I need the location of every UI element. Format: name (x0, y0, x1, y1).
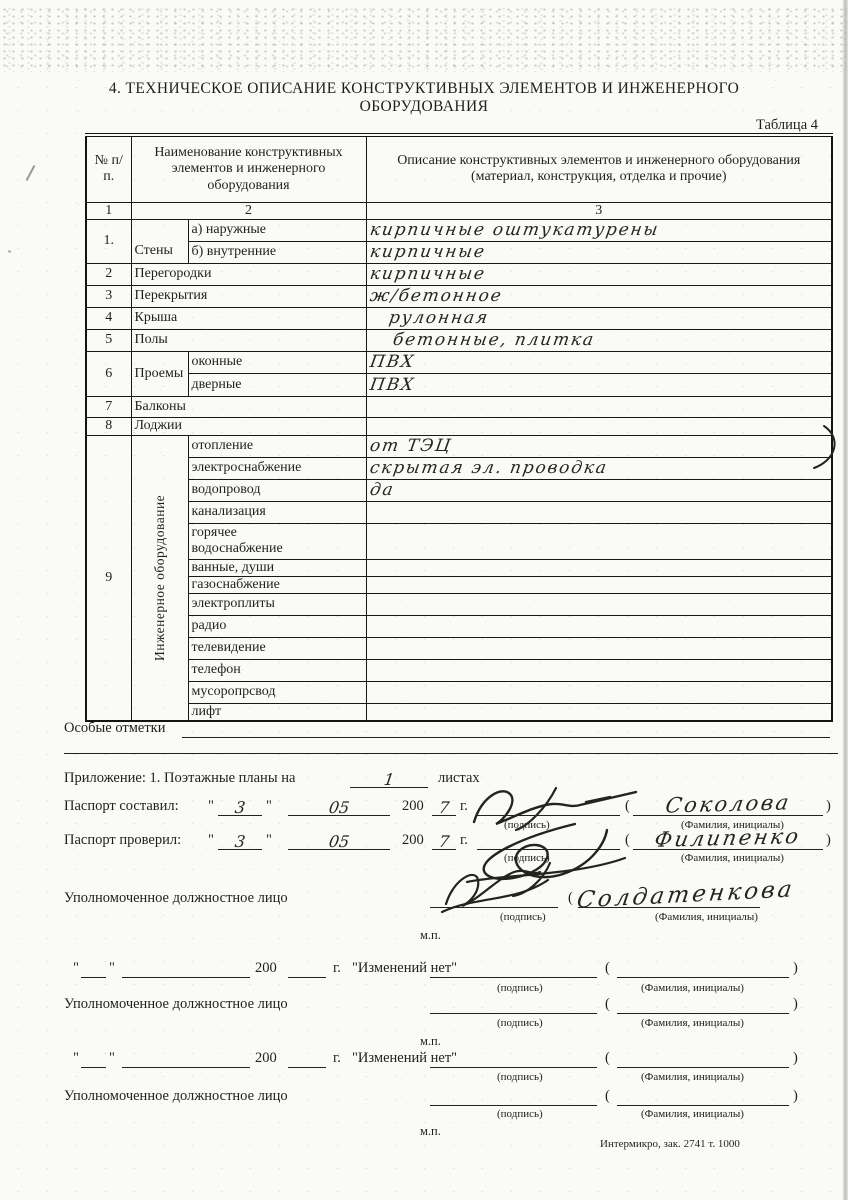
appendix-row: Приложение: 1. Поэтажные планы на 1 лист… (0, 770, 848, 790)
row7-num: 7 (86, 396, 131, 417)
title-line2: ОБОРУДОВАНИЯ (360, 98, 489, 115)
construction-elements-table: № п/п. Наименование конструктивных элеме… (85, 133, 833, 722)
checked-name-handwriting: Филипенко (653, 824, 803, 852)
quote-close-1: " (266, 798, 272, 815)
row6-label: Проемы (131, 351, 188, 396)
row7-label: Балконы (131, 396, 366, 417)
special-marks-blank (182, 720, 830, 738)
official-captions-1: (подпись) (Фамилия, инициалы) (0, 911, 848, 925)
appendix-sheets-handwriting: 1 (383, 770, 396, 789)
compiled-year-g: г. (460, 798, 468, 815)
row3-value: ж/бетонное (366, 285, 832, 307)
colnum-2: 2 (131, 202, 366, 219)
row6b-value: ПВХ (366, 373, 832, 396)
row9-item-hotwater-value (366, 523, 832, 559)
pen-mark-right-edge (812, 424, 846, 470)
row1b-handwriting: кирпичные (368, 242, 487, 262)
row3-handwriting: ж/бетонное (368, 286, 504, 306)
row9-item-lift-label: лифт (188, 703, 366, 721)
paren-close-1: ) (826, 798, 831, 815)
passport-compiled-row: Паспорт составил: " 3 " 05 200 7 г. ( Со… (0, 798, 848, 818)
table-caption: Таблица 4 (756, 117, 818, 134)
nc2-year-blank (288, 1050, 326, 1068)
official-label-1: Уполномоченное должностное лицо (64, 890, 288, 907)
nc2-year-g: г. (333, 1050, 341, 1067)
official-name-blank-2 (617, 996, 789, 1014)
row9-electricity-handwriting: скрытая эл. проводка (368, 458, 609, 478)
checked-year-handwriting: 7 (438, 832, 451, 851)
nc2-quote-close: " (109, 1050, 115, 1067)
nc1-quote-open: " (73, 960, 79, 977)
row8-value (366, 417, 832, 435)
row9-item-gas-value (366, 576, 832, 593)
row1-label: Стены (131, 219, 188, 263)
row1a-handwriting: кирпичные оштукатурены (368, 220, 660, 240)
row5-value: бетонные, плитка (366, 329, 832, 351)
row9-item-phone-value (366, 659, 832, 681)
row9-item-gas-label: газоснабжение (188, 576, 366, 593)
row4-handwriting: рулонная (387, 308, 490, 328)
row2-num: 2 (86, 263, 131, 285)
row4-num: 4 (86, 307, 131, 329)
special-marks-row: Особые отметки (0, 720, 848, 740)
appendix-sheets-blank: 1 (350, 770, 428, 788)
official-name-blank-3 (617, 1088, 789, 1106)
official-name-caption-2: (Фамилия, инициалы) (641, 1017, 744, 1029)
row1b-label: б) внутренние (188, 241, 366, 263)
official-captions-2: (подпись) (Фамилия, инициалы) (0, 1017, 848, 1031)
row8-label: Лоджии (131, 417, 366, 435)
row2-handwriting: кирпичные (368, 264, 487, 284)
row6-num: 6 (86, 351, 131, 396)
row4-value: рулонная (366, 307, 832, 329)
row1b-value: кирпичные (366, 241, 832, 263)
row9-item-lift-value (366, 703, 832, 721)
signature-official (436, 862, 571, 917)
checked-month-handwriting: 05 (327, 832, 350, 851)
row9-item-radio-value (366, 615, 832, 637)
official-name-caption-1: (Фамилия, инициалы) (655, 911, 758, 923)
row9-item-hotwater-label: горячее водоснабжение (188, 523, 366, 559)
nc1-name-blank (617, 960, 789, 978)
official-row-2: Уполномоченное должностное лицо ( ) (0, 996, 848, 1016)
colnum-3: 3 (366, 202, 832, 219)
row9-item-tv-label: телевидение (188, 637, 366, 659)
checked-year-prefix: 200 (402, 832, 424, 849)
quote-open-2: " (208, 832, 214, 849)
row6b-label: дверные (188, 373, 366, 396)
nc2-paren-open: ( (605, 1050, 610, 1067)
no-changes-row-2: " " 200 г. "Изменений нет" ( ) (0, 1050, 848, 1070)
no-changes-row-1: " " 200 г. "Изменений нет" ( ) (0, 960, 848, 980)
row1a-label: а) наружные (188, 219, 366, 241)
row9-item-heating-label: отопление (188, 435, 366, 457)
row9-item-radio-label: радио (188, 615, 366, 637)
nc1-year-blank (288, 960, 326, 978)
title-line1: 4. ТЕХНИЧЕСКОЕ ОПИСАНИЕ КОНСТРУКТИВНЫХ Э… (109, 80, 739, 97)
official-signature-blank-2 (430, 996, 597, 1014)
nc1-name-caption: (Фамилия, инициалы) (641, 982, 744, 994)
row2-value: кирпичные (366, 263, 832, 285)
official-sig-caption-3: (подпись) (497, 1108, 543, 1120)
compiled-day-handwriting: 3 (234, 798, 247, 817)
compiled-month-blank: 05 (288, 798, 390, 816)
quote-open-1: " (208, 798, 214, 815)
official-paren-open-3: ( (605, 1088, 610, 1105)
row6b-handwriting: ПВХ (368, 375, 416, 395)
nc1-paren-close: ) (793, 960, 798, 977)
row9-item-heating-value: от ТЭЦ (366, 435, 832, 457)
stamp-place-2: м.п. (420, 1034, 441, 1049)
row1-num: 1. (86, 219, 131, 263)
nc2-paren-close: ) (793, 1050, 798, 1067)
quote-close-2: " (266, 832, 272, 849)
scanned-form-page: 4. ТЕХНИЧЕСКОЕ ОПИСАНИЕ КОНСТРУКТИВНЫХ Э… (0, 0, 848, 1200)
nc1-year-g: г. (333, 960, 341, 977)
compiled-day-blank: 3 (218, 798, 262, 816)
paren-close-2: ) (826, 832, 831, 849)
checked-captions: (подпись) (Фамилия, инициалы) (0, 852, 848, 866)
row9-group-label: Инженерное оборудование (152, 443, 168, 713)
nc1-month-blank (122, 960, 250, 978)
scan-noise-band (0, 6, 848, 72)
row9-item-sewer-value (366, 501, 832, 523)
row9-item-chute-value (366, 681, 832, 703)
row9-item-sewer-label: канализация (188, 501, 366, 523)
row6a-label: оконные (188, 351, 366, 373)
row9-num: 9 (86, 435, 131, 721)
passport-compiled-label: Паспорт составил: (64, 798, 179, 815)
row5-label: Полы (131, 329, 366, 351)
row9-group-label-cell: Инженерное оборудование (131, 435, 188, 721)
header-col-name: Наименование конструктивных элементов и … (131, 135, 366, 202)
official-label-2: Уполномоченное должностное лицо (64, 996, 288, 1013)
row9-item-electricity-value: скрытая эл. проводка (366, 457, 832, 479)
official-label-3: Уполномоченное должностное лицо (64, 1088, 288, 1105)
row5-num: 5 (86, 329, 131, 351)
row6a-handwriting: ПВХ (368, 352, 416, 372)
row9-item-water-label: водопровод (188, 479, 366, 501)
pen-mark-margin (26, 165, 36, 181)
header-col-num: № п/п. (86, 135, 131, 202)
official-row-3: Уполномоченное должностное лицо ( ) (0, 1088, 848, 1108)
row9-item-tv-value (366, 637, 832, 659)
compiled-year-handwriting: 7 (438, 798, 451, 817)
checked-day-blank: 3 (218, 832, 262, 850)
official-row-1: Уполномоченное должностное лицо ( Солдат… (0, 890, 848, 910)
row6a-value: ПВХ (366, 351, 832, 373)
appendix-label: Приложение: 1. Поэтажные планы на (64, 770, 295, 787)
section-divider-line (64, 753, 838, 754)
header-col-description: Описание конструктивных элементов и инже… (366, 135, 832, 202)
official-paren-close-2: ) (793, 996, 798, 1013)
nc2-month-blank (122, 1050, 250, 1068)
checked-name-caption: (Фамилия, инициалы) (681, 852, 784, 864)
nc2-day-blank (81, 1050, 106, 1068)
row9-item-chute-label: мусоропрсвод (188, 681, 366, 703)
nc2-name-blank (617, 1050, 789, 1068)
row9-item-phone-label: телефон (188, 659, 366, 681)
compiled-year-blank: 7 (432, 798, 456, 816)
nc1-signature-blank (430, 960, 597, 978)
passport-checked-label: Паспорт проверил: (64, 832, 181, 849)
compiled-name-handwriting: Соколова (663, 790, 792, 817)
row9-item-stoves-label: электроплиты (188, 593, 366, 615)
nc1-day-blank (81, 960, 106, 978)
nc1-sig-caption: (подпись) (497, 982, 543, 994)
row7-value (366, 396, 832, 417)
stamp-place-3: м.п. (420, 1124, 441, 1139)
row3-label: Перекрытия (131, 285, 366, 307)
nc2-signature-blank (430, 1050, 597, 1068)
checked-year-blank: 7 (432, 832, 456, 850)
row9-item-bath-label: ванные, души (188, 559, 366, 576)
checked-month-blank: 05 (288, 832, 390, 850)
row9-item-bath-value (366, 559, 832, 576)
stamp-place-1: м.п. (420, 928, 441, 943)
row9-water-handwriting: да (368, 480, 396, 500)
official-signature-blank-3 (430, 1088, 597, 1106)
official-sig-caption-2: (подпись) (497, 1017, 543, 1029)
scan-dot-artifact (8, 250, 11, 253)
special-marks-label: Особые отметки (64, 720, 166, 737)
official-name-caption-3: (Фамилия, инициалы) (641, 1108, 744, 1120)
official-captions-3: (подпись) (Фамилия, инициалы) (0, 1108, 848, 1122)
nc1-paren-open: ( (605, 960, 610, 977)
official-name-blank-1: Солдатенкова (578, 890, 760, 908)
row4-label: Крыша (131, 307, 366, 329)
row9-heating-handwriting: от ТЭЦ (368, 436, 453, 456)
row1a-value: кирпичные оштукатурены (366, 219, 832, 241)
nc1-year-prefix: 200 (255, 960, 277, 977)
checked-name-blank: Филипенко (633, 832, 823, 850)
nc2-quote-open: " (73, 1050, 79, 1067)
row8-num: 8 (86, 417, 131, 435)
nc1-captions: (подпись) (Фамилия, инициалы) (0, 982, 848, 996)
page-title: 4. ТЕХНИЧЕСКОЕ ОПИСАНИЕ КОНСТРУКТИВНЫХ Э… (0, 80, 848, 116)
checked-day-handwriting: 3 (234, 832, 247, 851)
passport-checked-row: Паспорт проверил: " 3 " 05 200 7 г. ( Фи… (0, 832, 848, 852)
compiled-year-prefix: 200 (402, 798, 424, 815)
row3-num: 3 (86, 285, 131, 307)
nc2-sig-caption: (подпись) (497, 1071, 543, 1083)
compiled-name-blank: Соколова (633, 798, 823, 816)
row9-item-water-value: да (366, 479, 832, 501)
official-paren-open-2: ( (605, 996, 610, 1013)
colnum-1: 1 (86, 202, 131, 219)
row9-item-stoves-value (366, 593, 832, 615)
nc2-name-caption: (Фамилия, инициалы) (641, 1071, 744, 1083)
nc2-year-prefix: 200 (255, 1050, 277, 1067)
nc1-quote-close: " (109, 960, 115, 977)
row9-item-electricity-label: электроснабжение (188, 457, 366, 479)
row2-label: Перегородки (131, 263, 366, 285)
row5-handwriting: бетонные, плитка (391, 330, 596, 350)
print-imprint: Интермикро, зак. 2741 т. 1000 (600, 1138, 740, 1150)
nc2-captions: (подпись) (Фамилия, инициалы) (0, 1071, 848, 1085)
compiled-month-handwriting: 05 (327, 798, 350, 817)
official-paren-close-3: ) (793, 1088, 798, 1105)
